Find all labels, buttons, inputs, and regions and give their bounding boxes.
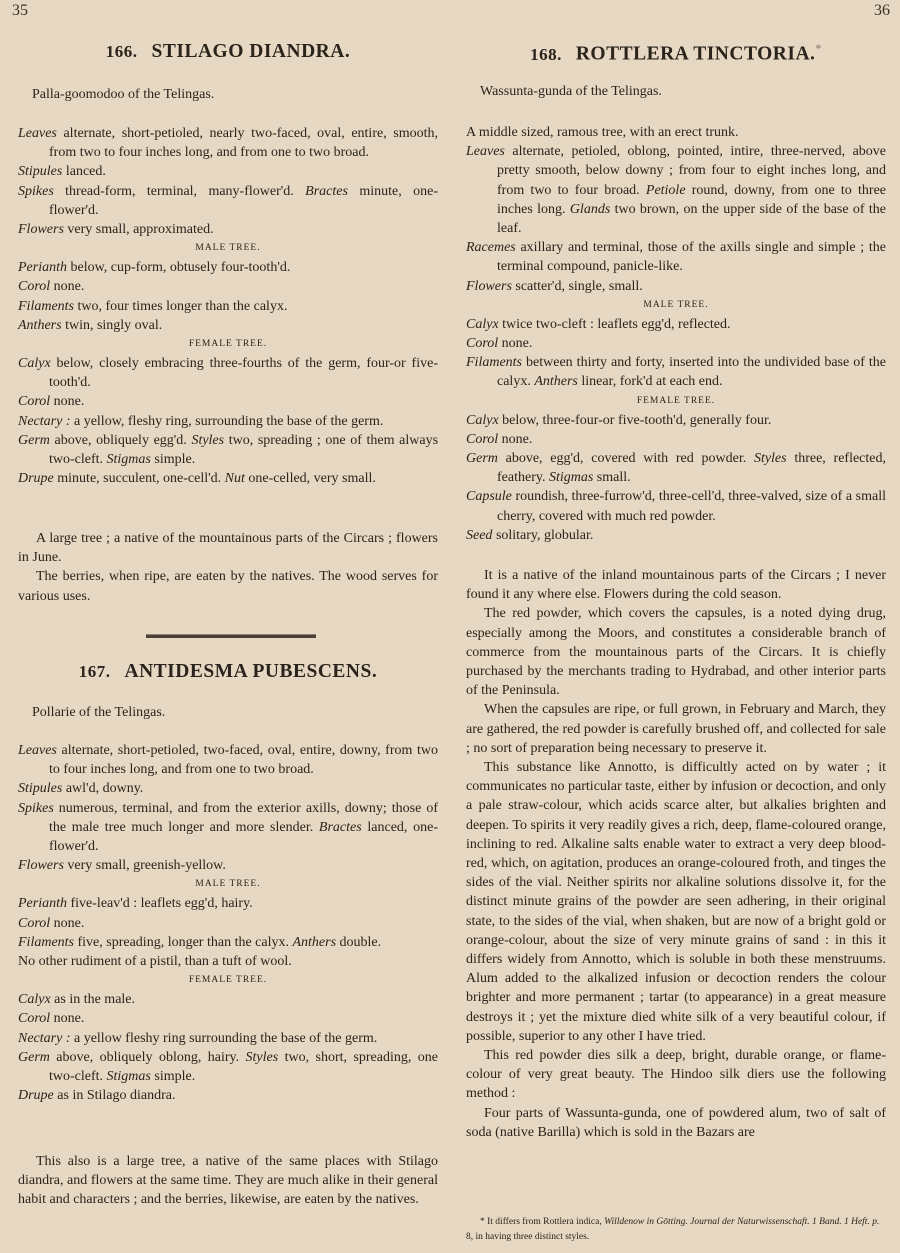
species-167-description: Leaves alternate, short-petioled, two-fa… xyxy=(18,741,438,1105)
species-167-vernacular: Pollarie of the Telingas. xyxy=(32,705,165,721)
entry-stipules: Stipules lanced. xyxy=(18,162,438,181)
species-168-vernacular: Wassunta-gunda of the Telingas. xyxy=(480,84,662,100)
female-tree-heading: FEMALE TREE. xyxy=(18,971,438,990)
page-number-left: 35 xyxy=(12,2,28,20)
footnote-marker: * xyxy=(815,41,822,55)
female-tree-heading: FEMALE TREE. xyxy=(18,335,438,354)
species-167-notes: This also is a large tree, a native of t… xyxy=(18,1152,438,1210)
species-166-title: 166.STILAGO DIANDRA. xyxy=(18,41,438,63)
species-167-title: 167.ANTIDESMA PUBESCENS. xyxy=(18,661,438,683)
section-divider xyxy=(146,634,316,638)
footnote: * It differs from Rottlera indica, Willd… xyxy=(466,1215,886,1245)
species-168-title: 168.ROTTLERA TINCTORIA.* xyxy=(466,41,886,66)
species-168-notes: It is a native of the inland mountainous… xyxy=(466,566,886,1142)
page-number-right: 36 xyxy=(874,2,890,20)
entry-spikes: Spikes thread-form, terminal, many-flowe… xyxy=(18,182,438,220)
female-tree-heading: FEMALE TREE. xyxy=(466,392,886,411)
species-166-notes: A large tree ; a native of the mountaino… xyxy=(18,529,438,606)
species-166-vernacular: Palla-goomodoo of the Telingas. xyxy=(32,87,214,103)
male-tree-heading: MALE TREE. xyxy=(18,875,438,894)
entry-leaves: Leaves alternate, short-petioled, nearly… xyxy=(18,124,438,162)
entry-flowers: Flowers very small, approximated. xyxy=(18,220,438,239)
male-tree-heading: MALE TREE. xyxy=(466,296,886,315)
male-tree-heading: MALE TREE. xyxy=(18,239,438,258)
species-166-description: Leaves alternate, short-petioled, nearly… xyxy=(18,124,438,488)
species-168-description: A middle sized, ramous tree, with an ere… xyxy=(466,123,886,545)
